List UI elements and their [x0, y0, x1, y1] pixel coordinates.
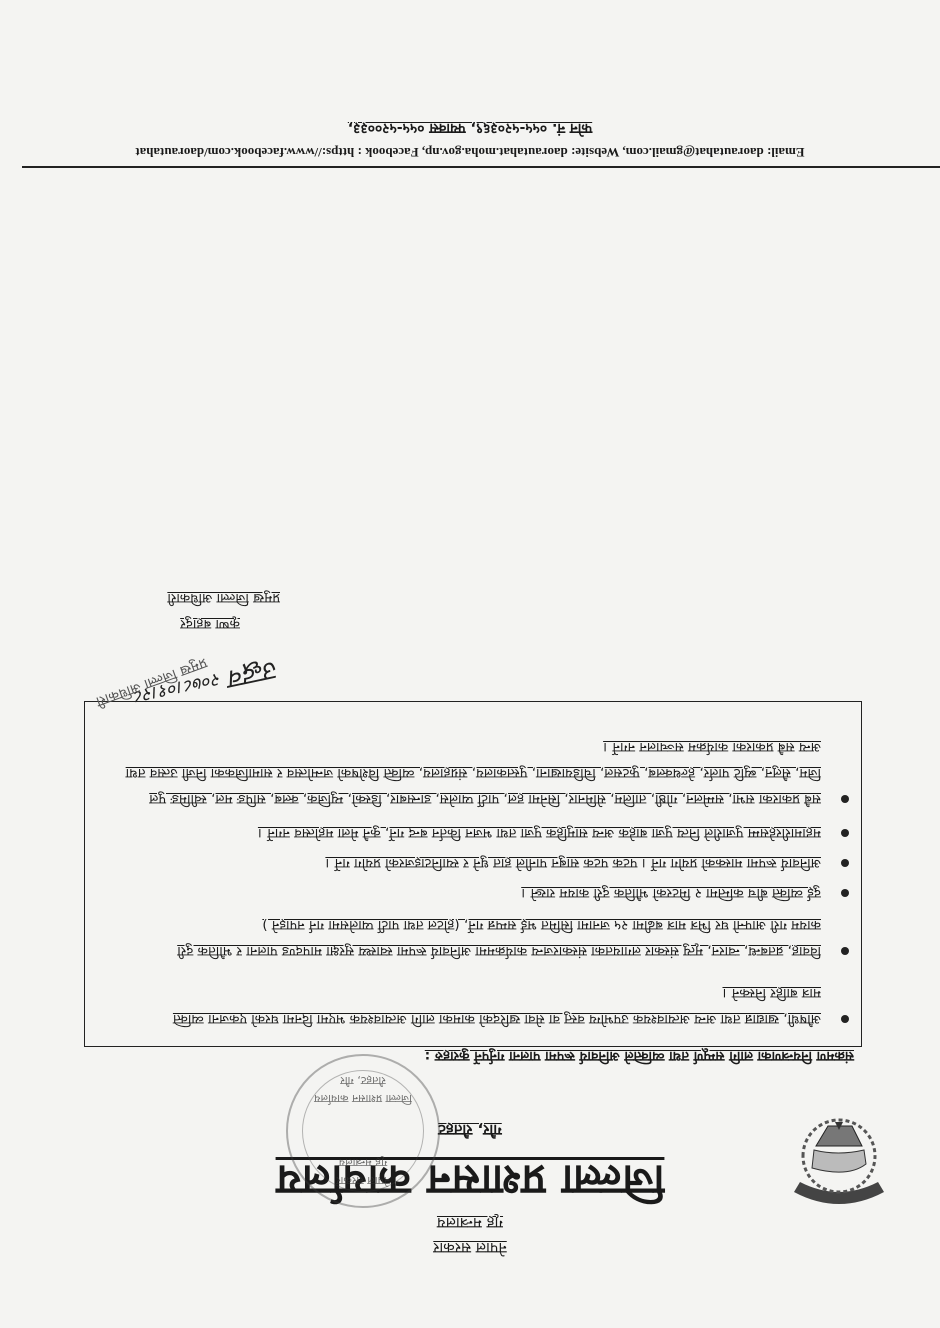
stamp-text-top: नेपाल सरकार — [288, 1173, 438, 1188]
notice-line: महामारीरहेसम्म पुजारीले नित्य पुजा बाहेक… — [101, 820, 821, 846]
government-name: नेपाल सरकार — [0, 1238, 940, 1258]
ministry-name: गृह मन्त्रालय — [0, 1213, 940, 1233]
stamp-text-bottom: जिल्ला प्रशासन कार्यालय — [288, 1091, 438, 1106]
notice-line: सबै प्रकारका सभा, सम्मेलन, गोष्ठी, तालिम… — [101, 786, 821, 812]
footer-divider — [22, 166, 940, 168]
notice-line: औषधी, खाद्यान्न तथा अन्य अत्यावश्यक उपभो… — [101, 1006, 821, 1032]
notice-heading: संक्रमण नियन्त्रणका लागि सम्पूर्ण तथा व्… — [94, 1048, 854, 1066]
notice-line: विवाह, व्रतबन्ध, न्वारन, मृत्यु संस्कार … — [101, 938, 821, 964]
scanned-notice-page: नेपाल सरकार गृह मन्त्रालय जिल्ला प्रशासन… — [0, 0, 940, 1328]
signature-block: उद्धव २०७८।०१।२८ प्रमुख जिल्ला अधिकारी क… — [90, 572, 510, 712]
notice-line: अनिवार्य रूपमा मास्कको प्रयोग गर्ने । पट… — [101, 850, 821, 876]
bullet-icon — [841, 889, 849, 897]
notice-line: जिम, सैलुन, ब्युटि पार्लर, हेल्थक्लब, फु… — [101, 760, 821, 786]
signer-title: प्रमुख जिल्ला अधिकारी — [167, 590, 280, 608]
notice-line: मात्र बाहिर निस्कने । — [101, 980, 821, 1006]
footer-contact-info: Email: daorautahat@gmail.com, Website: d… — [0, 144, 940, 160]
office-seal-stamp: नेपाल सरकार गृह मन्त्रालय जिल्ला प्रशासन… — [286, 1054, 440, 1208]
bullet-icon — [841, 859, 849, 867]
notice-item: अनिवार्य रूपमा मास्कको प्रयोग गर्ने । पट… — [101, 850, 821, 876]
office-location: गौर, रौतहट — [0, 1120, 940, 1140]
bullet-icon — [841, 1015, 849, 1023]
notice-item: सबै प्रकारका सभा, सम्मेलन, गोष्ठी, तालिम… — [101, 734, 821, 812]
office-title: जिल्ला प्रशासन कार्यालय — [0, 1153, 940, 1210]
stamp-text-middle: गृह मन्त्रालय — [288, 1155, 438, 1170]
notice-line: कायम गरी आफ्नो घर भित्र मात्र बढीमा २५ ज… — [101, 912, 821, 938]
bullet-icon — [841, 795, 849, 803]
notice-box: औषधी, खाद्यान्न तथा अन्य अत्यावश्यक उपभो… — [84, 701, 862, 1047]
signer-name: कृष्ण बहादुर — [180, 616, 240, 634]
bullet-icon — [841, 829, 849, 837]
notice-line: दुई व्यक्ति बीच कम्तिमा २ मिटरको भौतिक द… — [101, 880, 821, 906]
notice-item: महामारीरहेसम्म पुजारीले नित्य पुजा बाहेक… — [101, 820, 821, 846]
notice-line: अन्य सबै प्रकारका कार्यक्रम सञ्चालन नगर्… — [101, 734, 821, 760]
notice-item: दुई व्यक्ति बीच कम्तिमा २ मिटरको भौतिक द… — [101, 880, 821, 906]
notice-item: विवाह, व्रतबन्ध, न्वारन, मृत्यु संस्कार … — [101, 912, 821, 964]
notice-item: औषधी, खाद्यान्न तथा अन्य अत्यावश्यक उपभो… — [101, 980, 821, 1032]
bullet-icon — [841, 947, 849, 955]
stamp-text-location: रौतहट, गौर — [288, 1073, 438, 1088]
footer-phone-fax: फोन नं. ०५५-५२०३६९, फ्याक्स ०५५-५२००३३, — [0, 119, 940, 138]
